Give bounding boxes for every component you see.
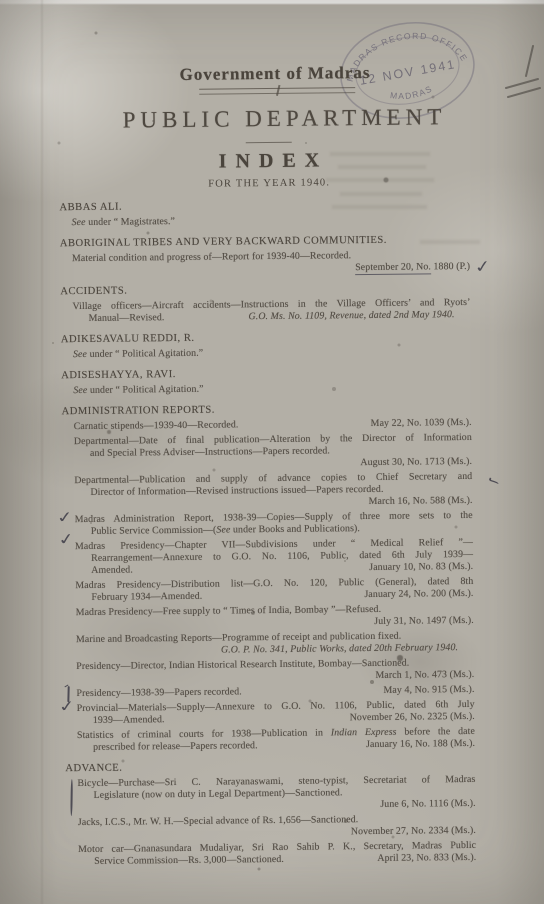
index-entry: Madras Presidency—Free supply to “ Times… — [62, 603, 474, 631]
text-segment: See — [216, 524, 230, 535]
text-segment: See — [72, 217, 86, 228]
reference-segment: January 16, No. 188 (Ms.). — [366, 738, 475, 750]
entry-line: Presidency—1938-39—Papers recorded.May 4… — [62, 684, 474, 700]
entry-reference: June 6, No. 1116 (Ms.). — [380, 798, 475, 811]
index-section-heading: ABORIGINAL TRIBES AND VERY BACKWARD COMM… — [60, 234, 470, 250]
index-section: ADVANCE.Bicycle—Purchase—Sri C. Narayana… — [63, 759, 476, 868]
entry-text: and Special Press Adviser—Instructions—P… — [90, 445, 330, 460]
entry-reference: April 23, No. 833 (Ms.). — [377, 852, 476, 865]
index-entry: Presidency—Director, Indian Historical R… — [62, 657, 474, 685]
entry-text: February 1934—Amended. — [91, 591, 202, 604]
index-subtitle: FOR THE YEAR 1940. — [0, 175, 541, 192]
text-segment: See — [73, 349, 87, 360]
text-segment: Material condition and progress of—Repor… — [72, 250, 351, 264]
reference-segment: November 26, No. 2325 (Ms.). — [350, 711, 475, 723]
entry-text: Amended. — [91, 564, 133, 576]
text-segment: Public Service Commission—( — [91, 525, 217, 537]
entry-text: See under “ Political Agitation.” — [73, 384, 203, 397]
text-segment: See — [73, 385, 87, 396]
reference-segment: 1880 (P.) — [431, 261, 470, 272]
index-entry: See under “ Political Agitation.” — [59, 345, 471, 361]
pen-mark-check-right-end: ✓ — [474, 260, 492, 274]
text-segment: Legislature (now on duty in Legal Depart… — [94, 787, 343, 801]
index-section-heading: ADIKESAVALU REDDI, R. — [61, 330, 471, 346]
text-segment: under “ Magistrates.” — [86, 216, 176, 228]
index-entry: ✓Provincial—Materials—Supply—Annexure to… — [63, 699, 475, 727]
index-section-heading: ABBAS ALI. — [59, 198, 469, 214]
reference-segment: November 27, No. 2334 (Ms.). — [351, 825, 476, 837]
reference-segment: September 20, No. — [355, 261, 431, 274]
text-segment: under “ Political Agitation.” — [87, 384, 203, 396]
entry-reference: August 30, No. 1713 (Ms.). — [360, 456, 472, 469]
text-segment: Madras Presidency—Free supply to “ Times… — [76, 604, 382, 618]
reference-segment: April 23, No. 833 (Ms.). — [377, 852, 476, 864]
index-section: ADMINISTRATION REPORTS.Carnatic stipends… — [60, 402, 476, 754]
text-segment: and Special Press Adviser—Instructions—P… — [90, 445, 330, 459]
index-entry: See under “ Magistrates.” — [58, 213, 470, 229]
index-entry: Departmental—Date of final publication—A… — [60, 432, 472, 472]
index-entry: Motor car—Gnanasundara Mudaliyar, Sri Ra… — [64, 840, 476, 868]
entry-text: Service Commission—Rs. 3,000—Sanctioned. — [94, 854, 284, 868]
reference-segment: January 24, No. 200 (Ms.). — [364, 588, 473, 600]
entry-reference: September 20, No. 1880 (P.) — [355, 261, 470, 274]
index-section-heading: ADVANCE. — [65, 759, 475, 775]
index-entry: Carnatic stipends—1939-40—Recorded.May 2… — [60, 417, 472, 433]
index-entry: Presidency—1938-39—Papers recorded.May 4… — [62, 684, 474, 700]
entry-text: Public Service Commission—(See under Boo… — [91, 523, 360, 538]
index-entry: ✓Material condition and progress of—Repo… — [58, 249, 470, 277]
text-segment: 1939—Amended. — [93, 714, 165, 726]
document-header: Government of Madras PUBLIC DEPARTMENT I… — [0, 0, 541, 192]
government-title: Government of Madras — [3, 61, 544, 87]
entry-line: See under “ Political Agitation.” — [59, 345, 471, 361]
index-section-heading: ADMINISTRATION REPORTS. — [62, 402, 472, 418]
text-segment: under “ Political Agitation.” — [87, 348, 203, 360]
text-segment: Presidency—Director, Indian Historical R… — [76, 658, 409, 672]
reference-segment: June 6, No. 1116 (Ms.). — [380, 798, 475, 810]
text-segment: Indian Express — [331, 727, 397, 739]
entry-reference: July 31, No. 1497 (Ms.). — [374, 615, 474, 628]
entry-reference: May 4, No. 915 (Ms.). — [383, 684, 474, 697]
text-segment: Jacks, I.C.S., Mr. W. H.—Special advance… — [78, 814, 359, 828]
index-section: ACCIDENTS.Village officers—Aircraft acci… — [58, 282, 470, 325]
entry-reference: March 1, No. 473 (Ms.). — [375, 669, 474, 682]
entry-text: See under “ Political Agitation.” — [73, 348, 203, 361]
text-segment: Manual—Revised. — [89, 312, 165, 324]
index-section: ADIKESAVALU REDDI, R.See under “ Politic… — [59, 330, 471, 361]
entry-reference: November 27, No. 2334 (Ms.). — [351, 825, 476, 838]
document-page: MADRAS RECORD OFFICE 12 NOV 1941 MADRAS … — [0, 0, 544, 904]
entry-reference: November 26, No. 2325 (Ms.). — [350, 711, 475, 724]
index-section: ABORIGINAL TRIBES AND VERY BACKWARD COMM… — [58, 234, 470, 277]
index-entries: ABBAS ALI.See under “ Magistrates.”ABORI… — [57, 198, 476, 868]
index-section-heading: ACCIDENTS. — [60, 282, 470, 298]
entry-reference: March 16, No. 588 (Ms.). — [369, 495, 473, 508]
index-entry: ✓Departmental—Publication and supply of … — [60, 471, 472, 511]
entry-reference: G.O. Ms. No. 1109, Revenue, dated 2nd Ma… — [248, 309, 454, 323]
reference-segment: May 4, No. 915 (Ms.). — [383, 684, 474, 696]
entry-text: See under “ Magistrates.” — [72, 216, 176, 229]
entry-reference: January 24, No. 200 (Ms.). — [364, 588, 473, 601]
text-segment: prescribed for release—Papers recorded. — [93, 740, 258, 753]
text-segment: before the date — [397, 726, 475, 738]
index-section-heading: ADISESHAYYA, RAVI. — [61, 366, 471, 382]
index-entry: See under “ Political Agitation.” — [59, 381, 471, 397]
entry-text: 1939—Amended. — [93, 714, 165, 727]
document-content: Government of Madras PUBLIC DEPARTMENT I… — [0, 0, 544, 904]
text-segment: Carnatic stipends—1939-40—Recorded. — [74, 419, 239, 432]
entry-reference: May 22, No. 1039 (Ms.). — [371, 417, 472, 430]
entry-reference: January 10, No. 83 (Ms.). — [369, 561, 473, 574]
index-entry: Madras Presidency—Distribution list—G.O.… — [61, 576, 473, 604]
text-segment: Service Commission—Rs. 3,000—Sanctioned. — [94, 854, 284, 867]
department-title: PUBLIC DEPARTMENT — [12, 103, 544, 135]
reference-segment: March 1, No. 473 (Ms.). — [375, 669, 474, 681]
index-entry: Statistics of criminal courts for 1938—P… — [63, 726, 475, 754]
text-segment: Amended. — [91, 564, 133, 575]
entry-text: Presidency—1938-39—Papers recorded. — [76, 686, 241, 700]
paper-specks — [0, 0, 2, 2]
index-entry: Bicycle—Purchase—Sri C. Narayanaswami, s… — [63, 774, 475, 814]
entry-line: See under “ Magistrates.” — [58, 213, 470, 229]
entry-text: Carnatic stipends—1939-40—Recorded. — [74, 419, 239, 433]
index-section: ADISESHAYYA, RAVI.See under “ Political … — [59, 366, 471, 397]
index-section: ABBAS ALI.See under “ Magistrates.” — [57, 198, 469, 229]
entry-text: prescribed for release—Papers recorded. — [93, 740, 258, 754]
entry-reference: January 16, No. 188 (Ms.). — [366, 738, 475, 751]
text-segment: Director of Information—Revised instruct… — [90, 484, 383, 498]
entry-reference: G.O. P. No. 341, Public Works, dated 20t… — [221, 642, 458, 656]
index-entry: Jacks, I.C.S., Mr. W. H.—Special advance… — [64, 813, 476, 841]
header-double-rule — [199, 87, 355, 95]
reference-segment: March 16, No. 588 (Ms.). — [369, 495, 473, 507]
index-entry: ✓Madras Administration Report, 1938-39—C… — [61, 510, 473, 538]
index-entry: ✓Madras Presidency—Chapter VII—Subdivisi… — [61, 537, 473, 577]
reference-segment: G.O. Ms. No. 1109, Revenue, dated 2nd Ma… — [248, 309, 454, 322]
index-entry: Village officers—Aircraft accidents—Inst… — [58, 297, 470, 325]
pen-mark-tick-right: ✓ — [484, 472, 502, 492]
reference-segment: July 31, No. 1497 (Ms.). — [374, 615, 474, 627]
entry-line: Carnatic stipends—1939-40—Recorded.May 2… — [60, 417, 472, 433]
title-rule — [246, 142, 292, 143]
index-entry: Marine and Broadcasting Reports—Programm… — [62, 630, 474, 658]
reference-segment: August 30, No. 1713 (Ms.). — [360, 456, 472, 468]
reference-segment: May 22, No. 1039 (Ms.). — [371, 417, 472, 429]
text-segment: Statistics of criminal courts for 1938—P… — [77, 727, 331, 741]
text-segment: under Books and Publications). — [230, 523, 360, 535]
entry-line: See under “ Political Agitation.” — [59, 381, 471, 397]
index-title: INDEX — [0, 147, 541, 176]
text-segment: February 1934—Amended. — [91, 591, 202, 603]
entry-text: Manual—Revised. — [89, 312, 165, 325]
reference-segment: January 10, No. 83 (Ms.). — [369, 561, 473, 573]
reference-segment: G.O. P. No. 341, Public Works, dated 20t… — [221, 642, 458, 655]
text-segment: Presidency—1938-39—Papers recorded. — [76, 686, 241, 699]
